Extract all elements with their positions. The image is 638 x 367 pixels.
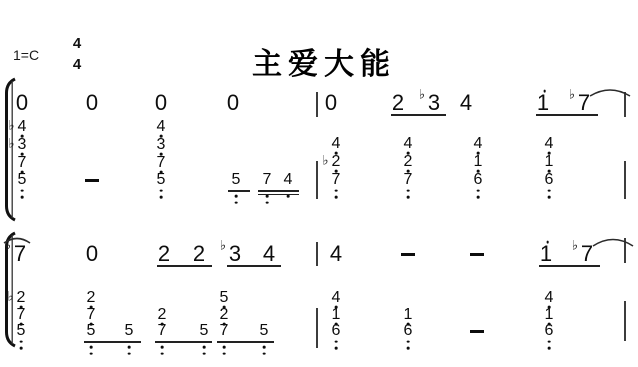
octave-dot-below [223,352,226,355]
note: 4 [545,290,554,306]
note: 7 [220,323,229,339]
note: 5 [125,323,134,339]
octave-dot-below [223,346,226,349]
barline [624,301,626,341]
octave-dot-below [407,340,410,343]
octave-dot-below [90,346,93,349]
octave-dot-below [90,352,93,355]
note: 2 [158,307,167,323]
octave-dot-below [161,352,164,355]
note: 6 [332,323,341,339]
sheet-music: 1=C 4 4 主爱大能 0000023♭417♭4♭3♭75437557442… [0,0,638,367]
octave-dot-below [335,340,338,343]
note: 1 [332,307,341,323]
note: 2 [220,307,229,323]
note: 1 [404,307,413,323]
octave-dot-below [407,347,410,350]
note: 5 [220,290,229,306]
octave-dot-below [128,346,131,349]
octave-dot-below [548,347,551,350]
note: 7 [158,323,167,339]
beat-underline [155,341,212,343]
note: 7 [87,307,96,323]
voice-accompaniment: 2♭752755275527541616416 [0,0,638,367]
octave-dot-below [203,352,206,355]
octave-dot-below [263,352,266,355]
note: 6 [404,323,413,339]
note: 5 [17,323,26,339]
note: 5 [260,323,269,339]
note: 7 [17,307,26,323]
octave-dot-below [161,346,164,349]
beat-underline [217,341,274,343]
note: 5 [200,323,209,339]
octave-dot-below [128,352,131,355]
octave-dot-below [203,346,206,349]
octave-dot-below [263,346,266,349]
octave-dot-below [335,347,338,350]
octave-dot-below [548,340,551,343]
beat-underline [84,341,141,343]
barline [316,308,318,348]
note: 4 [332,290,341,306]
octave-dot-below [20,340,23,343]
flat-sign: ♭ [7,291,13,304]
note: 5 [87,323,96,339]
system-2: 7♭0223♭4417♭2♭752755275527541616416 [0,0,638,367]
note: 1 [545,307,554,323]
note: 2 [17,290,26,306]
note: 6 [545,323,554,339]
sustain-dash [470,330,484,333]
note: 2 [87,290,96,306]
octave-dot-below [20,347,23,350]
